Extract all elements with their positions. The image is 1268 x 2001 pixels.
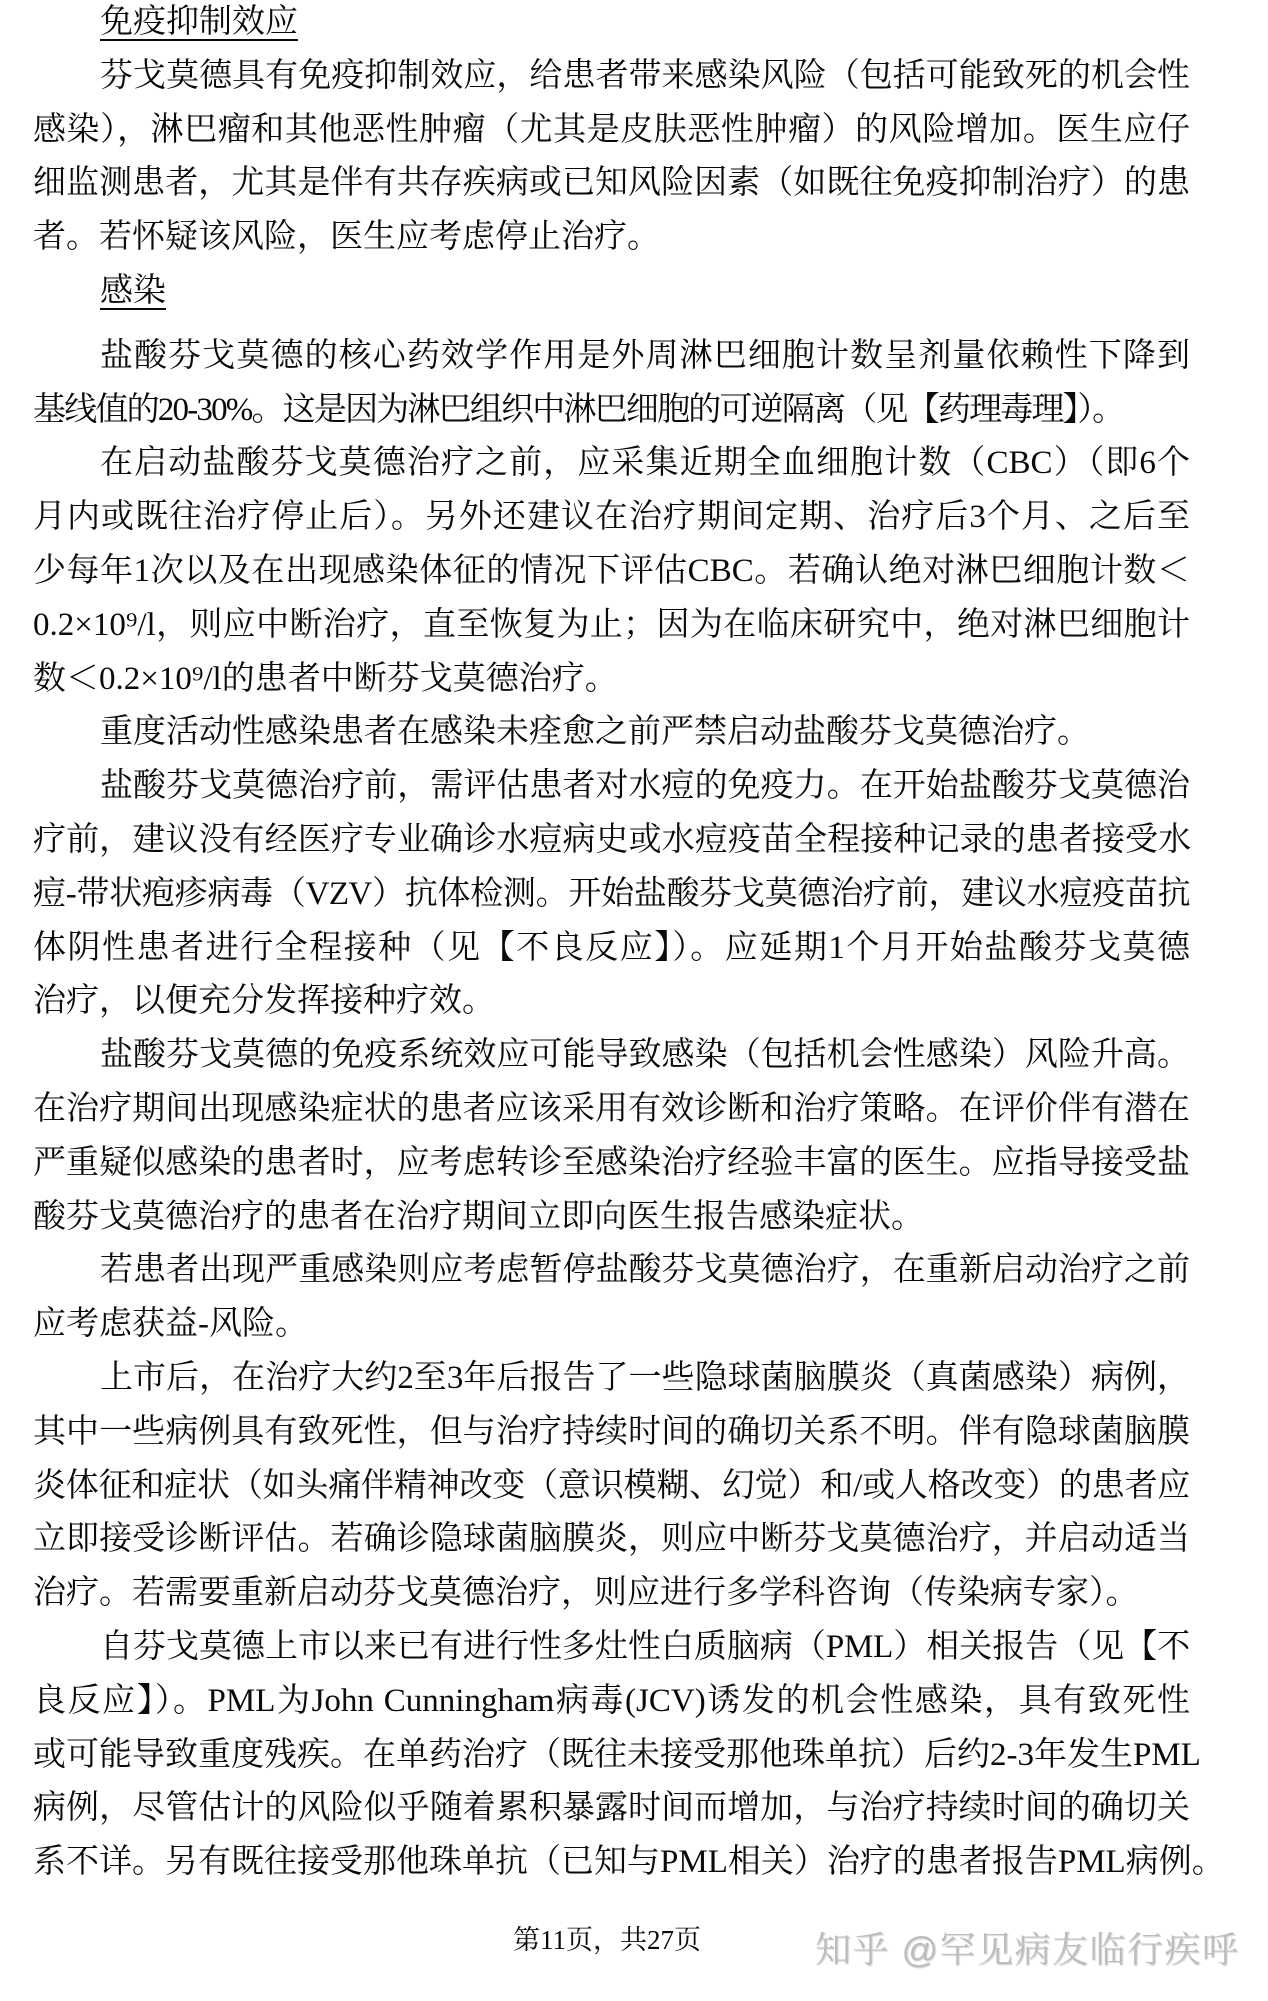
- text-line: 疗前，建议没有经医疗专业确诊水痘病史或水痘疫苗全程接种记录的患者接受水: [33, 814, 1190, 868]
- text-line: 良反应】）。PML为John Cunningham病毒(JCV)诱发的机会性感染…: [33, 1675, 1190, 1729]
- zhihu-watermark: 知乎 @罕见病友临行疾呼: [815, 1929, 1240, 1971]
- text-line: 盐酸芬戈莫德的核心药效学作用是外周淋巴细胞计数呈剂量依赖性下降到: [33, 330, 1190, 384]
- text-line: 盐酸芬戈莫德的免疫系统效应可能导致感染（包括机会性感染）风险升高。: [33, 1029, 1190, 1083]
- text-line: 或可能导致重度残疾。在单药治疗（既往未接受那他珠单抗）后约2-3年发生PML: [33, 1729, 1190, 1783]
- text-line: 其中一些病例具有致死性，但与治疗持续时间的确切关系不明。伴有隐球菌脑膜: [33, 1406, 1190, 1460]
- text-line: 严重疑似感染的患者时，应考虑转诊至感染治疗经验丰富的医生。应指导接受盐: [33, 1137, 1190, 1191]
- text-line: 上市后，在治疗大约2至3年后报告了一些隐球菌脑膜炎（真菌感染）病例，: [33, 1352, 1190, 1406]
- text-line: 系不详。另有既往接受那他珠单抗（已知与PML相关）治疗的患者报告PML病例。: [33, 1836, 1190, 1890]
- paragraph: 上市后，在治疗大约2至3年后报告了一些隐球菌脑膜炎（真菌感染）病例， 其中一些病…: [33, 1352, 1190, 1621]
- section-heading-text: 感染: [100, 273, 166, 309]
- text-line: 病例，尽管估计的风险似乎随着累积暴露时间而增加，与治疗持续时间的确切关: [33, 1782, 1190, 1836]
- section-infection: 感染 盐酸芬戈莫德的核心药效学作用是外周淋巴细胞计数呈剂量依赖性下降到 基线值的…: [33, 265, 1190, 1890]
- paragraph: 自芬戈莫德上市以来已有进行性多灶性白质脑病（PML）相关报告（见【不 良反应】）…: [33, 1621, 1190, 1890]
- paragraph: 芬戈莫德具有免疫抑制效应，给患者带来感染风险（包括可能致死的机会性 感染），淋巴…: [33, 50, 1190, 265]
- paragraph: 盐酸芬戈莫德的免疫系统效应可能导致感染（包括机会性感染）风险升高。 在治疗期间出…: [33, 1029, 1190, 1244]
- text-line: 盐酸芬戈莫德治疗前，需评估患者对水痘的免疫力。在开始盐酸芬戈莫德治: [33, 760, 1190, 814]
- text-line: 0.2×10⁹/l，则应中断治疗，直至恢复为止；因为在临床研究中，绝对淋巴细胞计: [33, 599, 1190, 653]
- text-line: 在治疗期间出现感染症状的患者应该采用有效诊断和治疗策略。在评价伴有潜在: [33, 1083, 1190, 1137]
- text-line: 治疗，以便充分发挥接种疗效。: [33, 975, 1190, 1029]
- text-line: 少每年1次以及在出现感染体征的情况下评估CBC。若确认绝对淋巴细胞计数＜: [33, 545, 1190, 599]
- text-line: 月内或既往治疗停止后）。另外还建议在治疗期间定期、治疗后3个月、之后至: [33, 491, 1190, 545]
- section-heading-text: 免疫抑制效应: [100, 4, 298, 40]
- paragraph: 重度活动性感染患者在感染未痊愈之前严禁启动盐酸芬戈莫德治疗。: [33, 706, 1190, 760]
- section-immunosuppression: 免疫抑制效应 芬戈莫德具有免疫抑制效应，给患者带来感染风险（包括可能致死的机会性…: [33, 0, 1190, 265]
- text-line: 痘-带状疱疹病毒（VZV）抗体检测。开始盐酸芬戈莫德治疗前，建议水痘疫苗抗: [33, 868, 1190, 922]
- text-line: 在启动盐酸芬戈莫德治疗之前，应采集近期全血细胞计数（CBC）（即6个: [33, 437, 1190, 491]
- document-page: 免疫抑制效应 芬戈莫德具有免疫抑制效应，给患者带来感染风险（包括可能致死的机会性…: [0, 0, 1268, 2001]
- text-line: 数＜0.2×10⁹/l的患者中断芬戈莫德治疗。: [33, 653, 1190, 707]
- section-heading: 感染: [33, 265, 1190, 319]
- paragraph: 盐酸芬戈莫德的核心药效学作用是外周淋巴细胞计数呈剂量依赖性下降到 基线值的20-…: [33, 330, 1190, 438]
- text-line: 基线值的20-30%。这是因为淋巴组织中淋巴细胞的可逆隔离（见【药理毒理】）。: [33, 384, 1190, 438]
- text-line: 芬戈莫德具有免疫抑制效应，给患者带来感染风险（包括可能致死的机会性: [33, 50, 1190, 104]
- text-line: 治疗。若需要重新启动芬戈莫德治疗，则应进行多学科咨询（传染病专家）。: [33, 1567, 1190, 1621]
- paragraph: 若患者出现严重感染则应考虑暂停盐酸芬戈莫德治疗，在重新启动治疗之前 应考虑获益-…: [33, 1244, 1190, 1352]
- text-line: 立即接受诊断评估。若确诊隐球菌脑膜炎，则应中断芬戈莫德治疗，并启动适当: [33, 1513, 1190, 1567]
- text-line: 感染），淋巴瘤和其他恶性肿瘤（尤其是皮肤恶性肿瘤）的风险增加。医生应仔: [33, 104, 1190, 158]
- document-body: 免疫抑制效应 芬戈莫德具有免疫抑制效应，给患者带来感染风险（包括可能致死的机会性…: [33, 0, 1190, 1890]
- text-line: 炎体征和症状（如头痛伴精神改变（意识模糊、幻觉）和/或人格改变）的患者应: [33, 1460, 1190, 1514]
- text-line: 细监测患者，尤其是伴有共存疾病或已知风险因素（如既往免疫抑制治疗）的患: [33, 157, 1190, 211]
- text-line: 自芬戈莫德上市以来已有进行性多灶性白质脑病（PML）相关报告（见【不: [33, 1621, 1190, 1675]
- page-number-footer: 第11页，共27页: [513, 1925, 701, 1955]
- paragraph: 盐酸芬戈莫德治疗前，需评估患者对水痘的免疫力。在开始盐酸芬戈莫德治 疗前，建议没…: [33, 760, 1190, 1029]
- text-line: 酸芬戈莫德治疗的患者在治疗期间立即向医生报告感染症状。: [33, 1191, 1190, 1245]
- text-line: 者。若怀疑该风险，医生应考虑停止治疗。: [33, 211, 1190, 265]
- text-line: 应考虑获益-风险。: [33, 1298, 1190, 1352]
- text-line: 若患者出现严重感染则应考虑暂停盐酸芬戈莫德治疗，在重新启动治疗之前: [33, 1244, 1190, 1298]
- paragraph: 在启动盐酸芬戈莫德治疗之前，应采集近期全血细胞计数（CBC）（即6个 月内或既往…: [33, 437, 1190, 706]
- text-line: 体阴性患者进行全程接种（见【不良反应】）。应延期1个月开始盐酸芬戈莫德: [33, 922, 1190, 976]
- text-line: 重度活动性感染患者在感染未痊愈之前严禁启动盐酸芬戈莫德治疗。: [33, 706, 1190, 760]
- section-heading: 免疫抑制效应: [33, 0, 1190, 50]
